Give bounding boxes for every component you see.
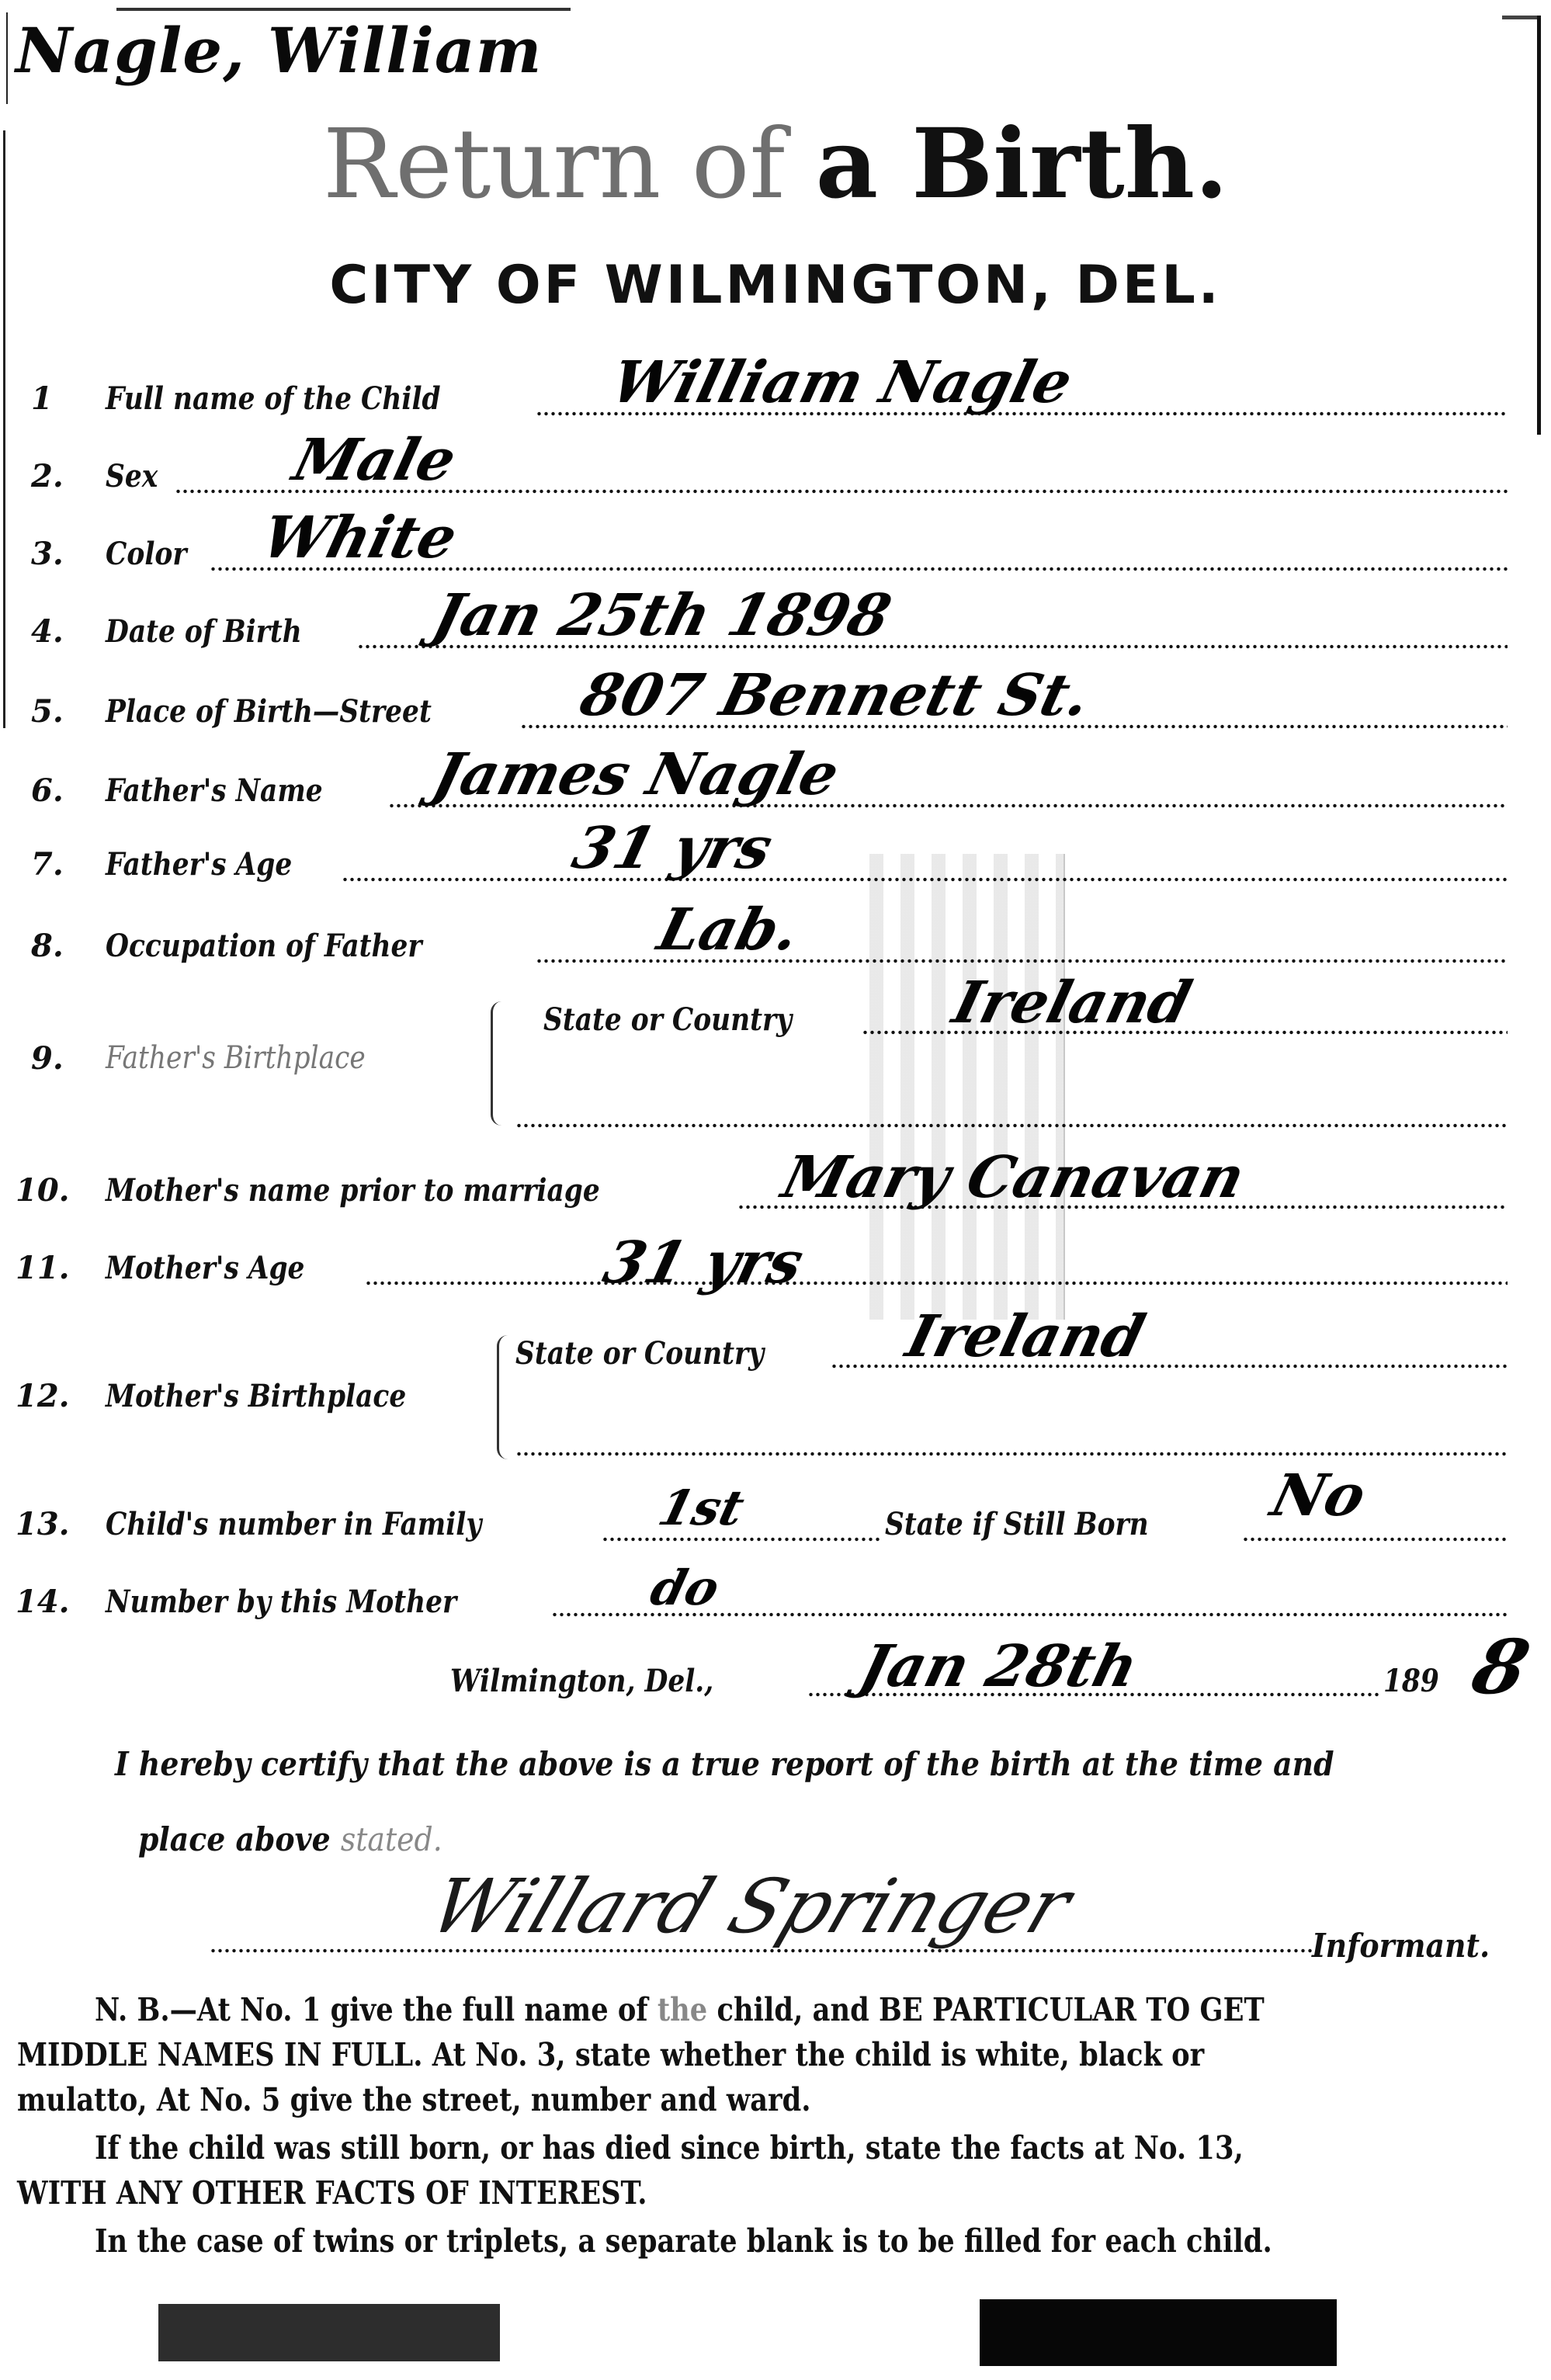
- field-label: Number by this Mother: [106, 1584, 456, 1620]
- field-number: 3.: [31, 536, 64, 572]
- field-label: Mother's Birthplace: [106, 1378, 406, 1414]
- field-value: Mary Canavan: [777, 1149, 1250, 1206]
- field-label: Color: [106, 536, 186, 572]
- field-number: 6.: [31, 772, 64, 809]
- field-value: James Nagle: [428, 746, 845, 803]
- field-label: Father's Birthplace: [106, 1040, 366, 1076]
- note-line: In the case of twins or triplets, a sepa…: [95, 2219, 1272, 2264]
- certification-text: place above: [138, 1820, 331, 1858]
- fill-line: [515, 1452, 1508, 1456]
- field-label: Occupation of Father: [106, 928, 422, 964]
- field-label: Mother's Age: [106, 1250, 304, 1286]
- brace: [497, 1335, 510, 1459]
- field-label: Father's Name: [106, 772, 323, 809]
- field-number: 7.: [31, 846, 64, 883]
- left-border-line: [3, 130, 5, 728]
- field-value: William Nagle: [606, 354, 1077, 411]
- field-number: 1: [31, 380, 53, 417]
- field-number: 2.: [31, 458, 64, 494]
- field-value: White: [257, 509, 463, 567]
- field-number: 14.: [16, 1584, 70, 1620]
- informant-signature: Willard Springer: [419, 1863, 1083, 1950]
- document-title: Return of a Birth.: [0, 116, 1551, 213]
- note-text: N. B.—At No. 1 give the full name of: [95, 1991, 648, 2028]
- brace: [491, 1001, 504, 1126]
- field-value: Male: [288, 432, 462, 489]
- archival-stamp: [869, 854, 1065, 1320]
- field-number: 13.: [16, 1506, 70, 1542]
- top-border-line: [116, 8, 571, 11]
- field-value: do: [646, 1564, 723, 1612]
- field-number: 5.: [31, 693, 64, 730]
- field-label: Sex: [106, 458, 158, 494]
- field-label: Date of Birth: [106, 613, 302, 650]
- field-number: 4.: [31, 613, 64, 650]
- filing-year-handwritten: 8: [1466, 1630, 1536, 1705]
- still-born-value: No: [1266, 1467, 1371, 1525]
- note-line: N. B.—At No. 1 give the full name of the…: [95, 1987, 1265, 2032]
- fill-line: [342, 877, 1508, 882]
- field-label: Mother's name prior to marriage: [106, 1172, 600, 1209]
- fill-line: [602, 1537, 881, 1542]
- field-value: Lab.: [653, 901, 805, 959]
- field-label: Place of Birth—Street: [106, 693, 432, 730]
- field-value: Ireland: [901, 1308, 1150, 1365]
- field-number: 8.: [31, 928, 64, 964]
- document-subtitle: CITY OF WILMINGTON, DEL.: [0, 255, 1551, 316]
- field-value: 807 Bennett St.: [575, 667, 1096, 724]
- field-number: 12.: [16, 1378, 70, 1414]
- scan-redaction-block: [158, 2304, 500, 2361]
- right-border-line: [1537, 16, 1541, 435]
- note-faded-text: the: [658, 1991, 707, 2028]
- note-line: If the child was still born, or has died…: [95, 2125, 1244, 2170]
- fill-line: [1242, 1537, 1508, 1542]
- file-index-label: Nagle, William: [16, 14, 542, 87]
- field-label: Full name of the Child: [106, 380, 441, 417]
- title-light-part: Return of: [323, 109, 786, 220]
- filing-place-label: Wilmington, Del.,: [450, 1663, 713, 1699]
- field-value: 31 yrs: [567, 820, 778, 877]
- field-value: 1st: [654, 1484, 748, 1532]
- title-bold-part: a Birth.: [816, 108, 1228, 220]
- informant-label: Informant.: [1312, 1927, 1490, 1965]
- note-line: WITH ANY OTHER FACTS OF INTEREST.: [17, 2170, 647, 2215]
- certification-line-1: I hereby certify that the above is a tru…: [115, 1745, 1334, 1783]
- field-value: Jan 25th 1898: [428, 587, 897, 644]
- field-sublabel: State or Country: [515, 1335, 764, 1372]
- field-value: Ireland: [948, 974, 1197, 1032]
- certification-line-2: place above stated.: [138, 1820, 442, 1858]
- filing-date-value: Jan 28th: [855, 1638, 1143, 1695]
- note-text: child, and BE PARTICULAR TO GET: [717, 1991, 1265, 2028]
- scan-redaction-block: [980, 2299, 1337, 2366]
- certification-faded-text: stated.: [341, 1820, 442, 1858]
- note-line: mulatto, At No. 5 give the street, numbe…: [17, 2077, 811, 2122]
- fill-line: [365, 1281, 1508, 1285]
- fill-line: [515, 1123, 1508, 1128]
- field-value: 31 yrs: [599, 1234, 809, 1292]
- field-number: 11.: [16, 1250, 70, 1286]
- still-born-label: State if Still Born: [885, 1506, 1149, 1542]
- field-sublabel: State or Country: [543, 1001, 792, 1038]
- filing-year-printed: 189: [1383, 1663, 1439, 1699]
- field-number: 9.: [31, 1040, 64, 1077]
- field-label: Father's Age: [106, 846, 292, 883]
- right-border-cap: [1502, 16, 1541, 19]
- field-number: 10.: [16, 1172, 70, 1209]
- field-label: Child's number in Family: [106, 1506, 481, 1542]
- left-border-line: [6, 12, 8, 104]
- note-line: MIDDLE NAMES IN FULL. At No. 3, state wh…: [17, 2032, 1204, 2077]
